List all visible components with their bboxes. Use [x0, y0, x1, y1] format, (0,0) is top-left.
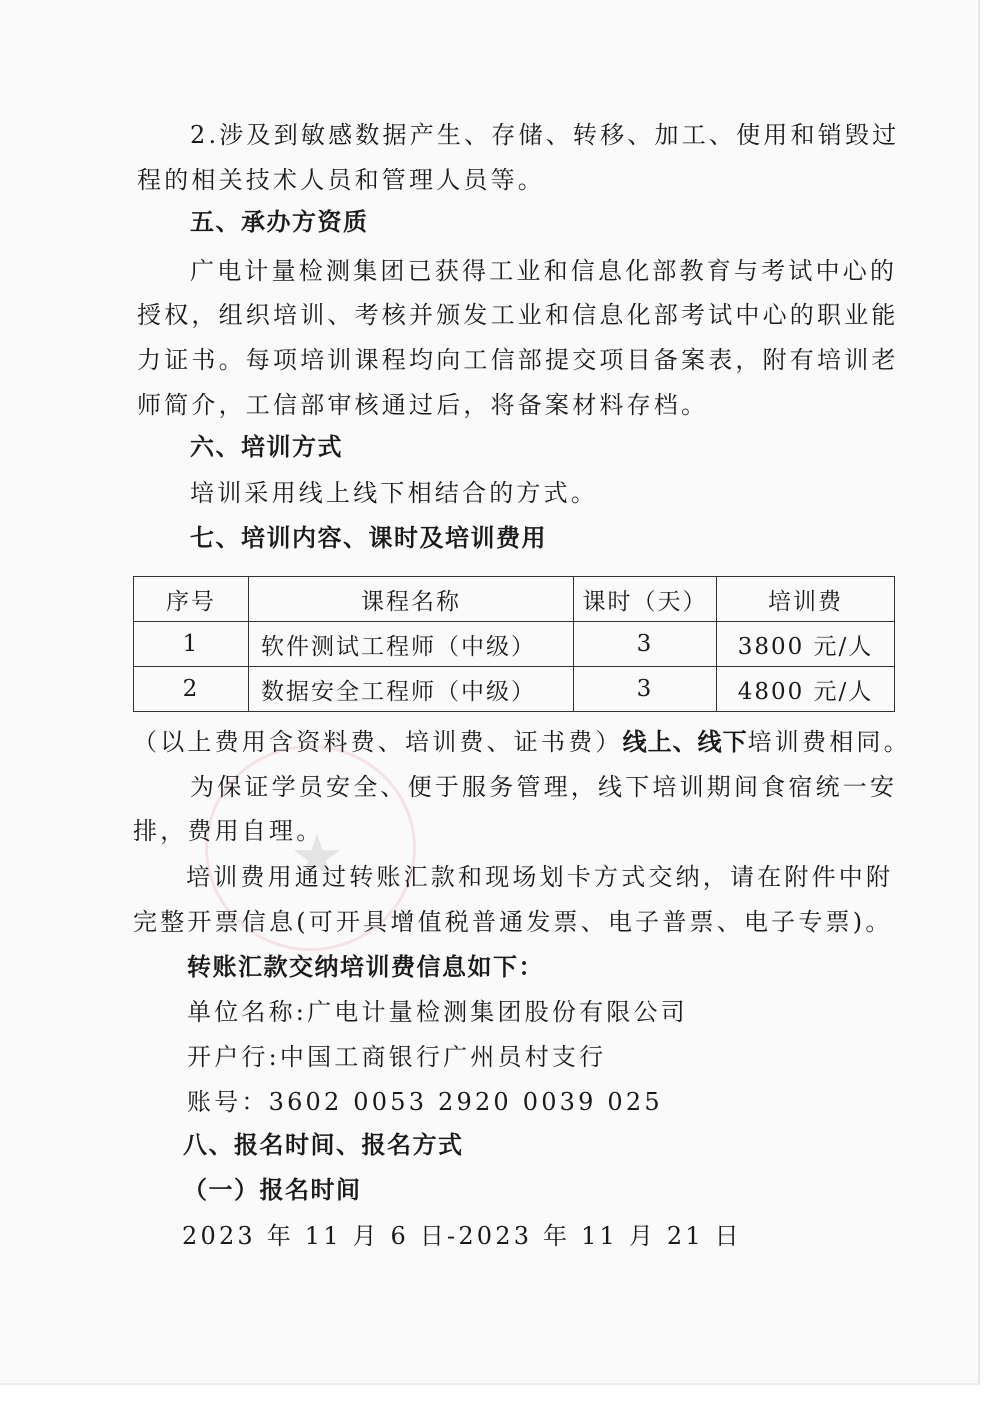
header-fee: 培训费	[717, 577, 895, 622]
course-fee-table: 序号 课程名称 课时（天） 培训费 1 软件测试工程师（中级） 3 3800 元…	[133, 576, 895, 712]
paragraph-line: 2.涉及到敏感数据产生、存储、转移、加工、使用和销毁过	[190, 120, 899, 150]
cell-fee: 3800 元/人	[717, 622, 895, 667]
header-course-name: 课程名称	[249, 577, 574, 622]
cell-index: 1	[134, 622, 249, 667]
registration-dates: 2023 年 11 月 6 日-2023 年 11 月 21 日	[182, 1221, 742, 1251]
paragraph-line: 师简介，工信部审核通过后，将备案材料存档。	[137, 390, 708, 420]
document-page: ★ 2.涉及到敏感数据产生、存储、转移、加工、使用和销毁过 程的相关技术人员和管…	[0, 0, 980, 1385]
paragraph-line: 培训费用通过转账汇款和现场划卡方式交纳，请在附件中附	[186, 862, 893, 892]
subheading-registration-time: （一）报名时间	[183, 1175, 362, 1205]
cell-hours: 3	[574, 667, 717, 712]
cell-hours: 3	[574, 622, 717, 667]
fee-note-prefix: （以上费用含资料费、培训费、证书费）	[133, 728, 623, 756]
payment-account: 账号：3602 0053 2920 0039 025	[187, 1087, 663, 1117]
payment-company: 单位名称:广电计量检测集团股份有限公司	[187, 997, 688, 1027]
fee-note-bold: 线上、线下	[623, 728, 748, 756]
table-row: 1 软件测试工程师（中级） 3 3800 元/人	[134, 622, 895, 667]
section-heading-qualification: 五、承办方资质	[190, 207, 369, 237]
paragraph-line: 广电计量检测集团已获得工业和信息化部教育与考试中心的	[190, 256, 897, 286]
paragraph-line: 排，费用自理。	[133, 816, 323, 846]
section-heading-method: 六、培训方式	[190, 432, 343, 462]
table-header-row: 序号 课程名称 课时（天） 培训费	[134, 577, 895, 622]
payment-bank: 开户行:中国工商银行广州员村支行	[187, 1042, 606, 1072]
paragraph-line: 力证书。每项培训课程均向工信部提交项目备案表，附有培训老	[137, 345, 899, 375]
header-hours: 课时（天）	[574, 577, 717, 622]
fee-note-suffix: 培训费相同。	[748, 728, 911, 756]
section-heading-registration: 八、报名时间、报名方式	[183, 1130, 464, 1160]
header-index: 序号	[134, 577, 249, 622]
paragraph-line: 为保证学员安全、便于服务管理，线下培训期间食宿统一安	[190, 772, 897, 802]
cell-index: 2	[134, 667, 249, 712]
table-row: 2 数据安全工程师（中级） 3 4800 元/人	[134, 667, 895, 712]
paragraph-line: 程的相关技术人员和管理人员等。	[137, 165, 545, 195]
cell-course-name: 软件测试工程师（中级）	[249, 622, 574, 667]
cell-fee: 4800 元/人	[717, 667, 895, 712]
paragraph-line: 完整开票信息(可开具增值税普通发票、电子普票、电子专票)。	[133, 907, 893, 937]
fee-note: （以上费用含资料费、培训费、证书费）线上、线下培训费相同。	[133, 727, 911, 757]
paragraph-line: 培训采用线上线下相结合的方式。	[190, 478, 598, 508]
paragraph-line: 授权，组织培训、考核并颁发工业和信息化部考试中心的职业能	[137, 300, 899, 330]
section-heading-content-fees: 七、培训内容、课时及培训费用	[190, 523, 547, 553]
payment-heading: 转账汇款交纳培训费信息如下：	[187, 952, 544, 982]
cell-course-name: 数据安全工程师（中级）	[249, 667, 574, 712]
